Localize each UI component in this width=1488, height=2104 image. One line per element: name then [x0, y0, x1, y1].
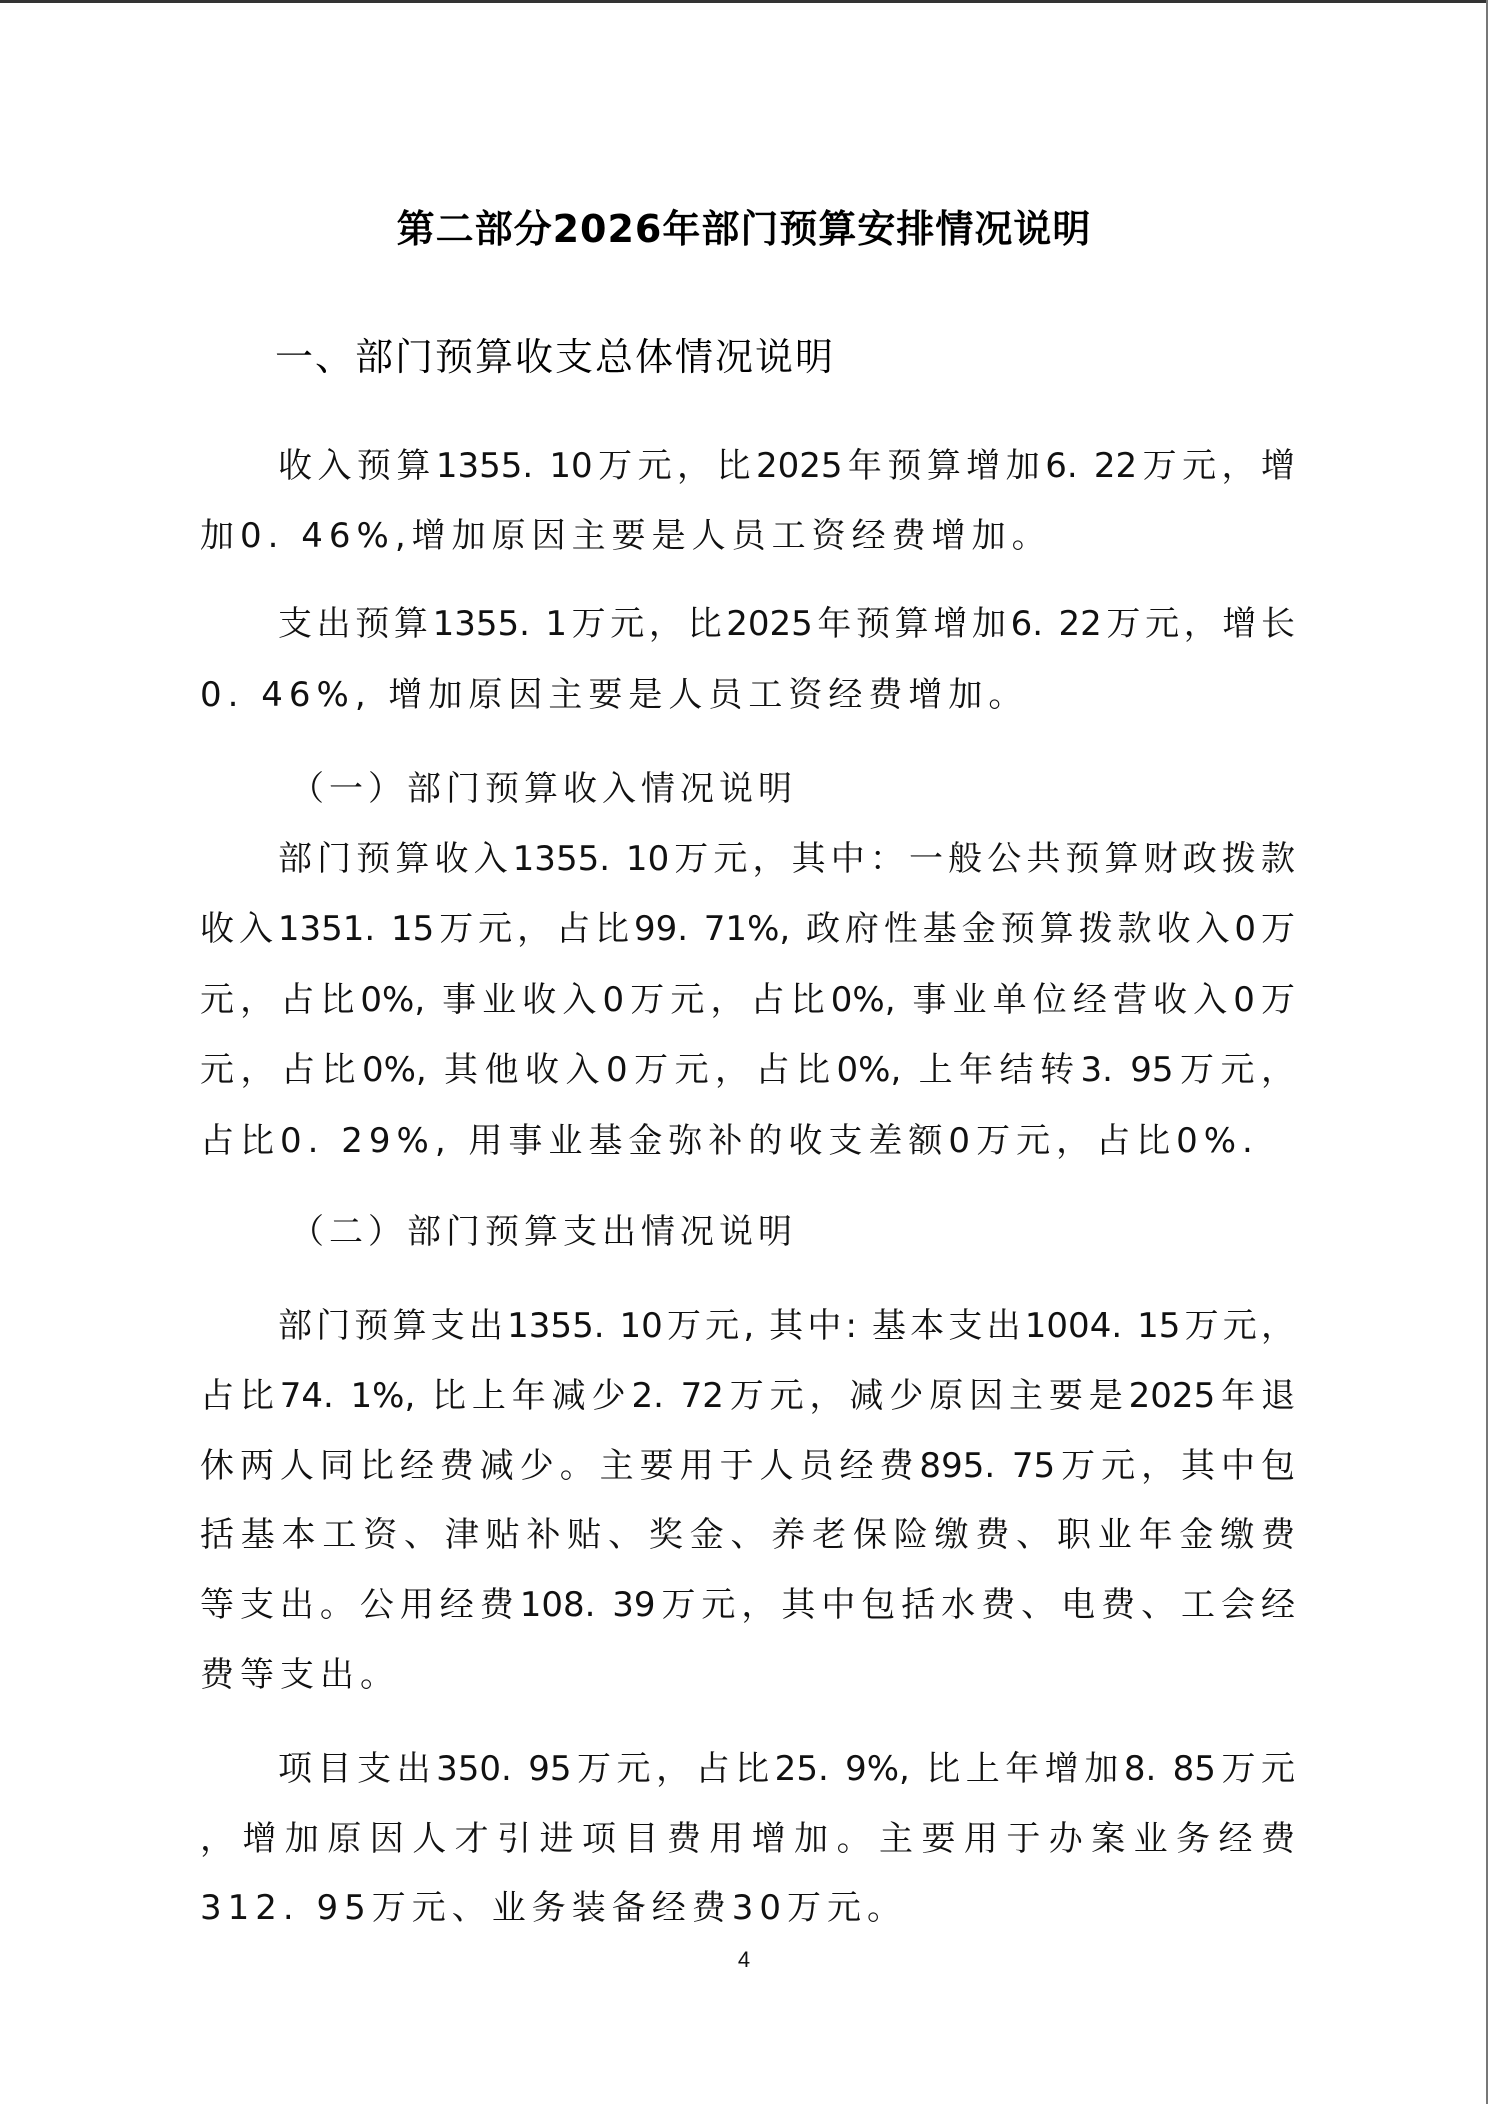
text-line: 休两人同比经费减少。主要用于人员经费895. 75万元，其中包 — [200, 1442, 1295, 1490]
text-line: 部门预算收入1355. 10万元，其中：一般公共预算财政拨款 — [278, 835, 1295, 883]
page-title: 第二部分2026年部门预算安排情况说明 — [0, 203, 1488, 255]
subheading-expense: （二）部门预算支出情况说明 — [290, 1208, 797, 1256]
text-line: 部门预算支出1355. 10万元, 其中: 基本支出1004. 15万元， — [278, 1302, 1295, 1350]
subheading-income: （一）部门预算收入情况说明 — [290, 765, 797, 813]
text-line: 项目支出350. 95万元，占比25. 9%, 比上年增加8. 85万元 — [278, 1745, 1295, 1793]
text-line: 括基本工资、津贴补贴、奖金、养老保险缴费、职业年金缴费 — [200, 1511, 1295, 1559]
text-line: 元，占比0%, 事业收入0万元，占比0%, 事业单位经营收入0万 — [200, 976, 1295, 1024]
text-line: 收入预算1355. 10万元，比2025年预算增加6. 22万元，增 — [278, 442, 1295, 490]
text-line: 等支出。公用经费108. 39万元，其中包括水费、电费、工会经 — [200, 1581, 1295, 1629]
page-number: 4 — [0, 1946, 1488, 1974]
text-line: 占比0. 29%, 用事业基金弥补的收支差额0万元，占比0%. — [200, 1117, 1295, 1165]
text-line: 312. 95万元、业务装备经费30万元。 — [200, 1884, 1295, 1932]
text-line: 收入1351. 15万元，占比99. 71%, 政府性基金预算拨款收入0万 — [200, 905, 1295, 953]
page-top-border — [0, 0, 1488, 3]
text-line: ，增加原因人才引进项目费用增加。主要用于办案业务经费 — [200, 1815, 1295, 1863]
text-line: 费等支出。 — [200, 1651, 1295, 1699]
text-line: 元，占比0%, 其他收入0万元，占比0%, 上年结转3. 95万元， — [200, 1046, 1295, 1094]
text-line: 加0. 46%,增加原因主要是人员工资经费增加。 — [200, 512, 1295, 560]
text-line: 0. 46%, 增加原因主要是人员工资经费增加。 — [200, 671, 1295, 719]
text-line: 占比74. 1%, 比上年减少2. 72万元，减少原因主要是2025年退 — [200, 1372, 1295, 1420]
section-heading-overview: 一、部门预算收支总体情况说明 — [275, 332, 835, 382]
text-line: 支出预算1355. 1万元，比2025年预算增加6. 22万元，增长 — [278, 600, 1295, 648]
